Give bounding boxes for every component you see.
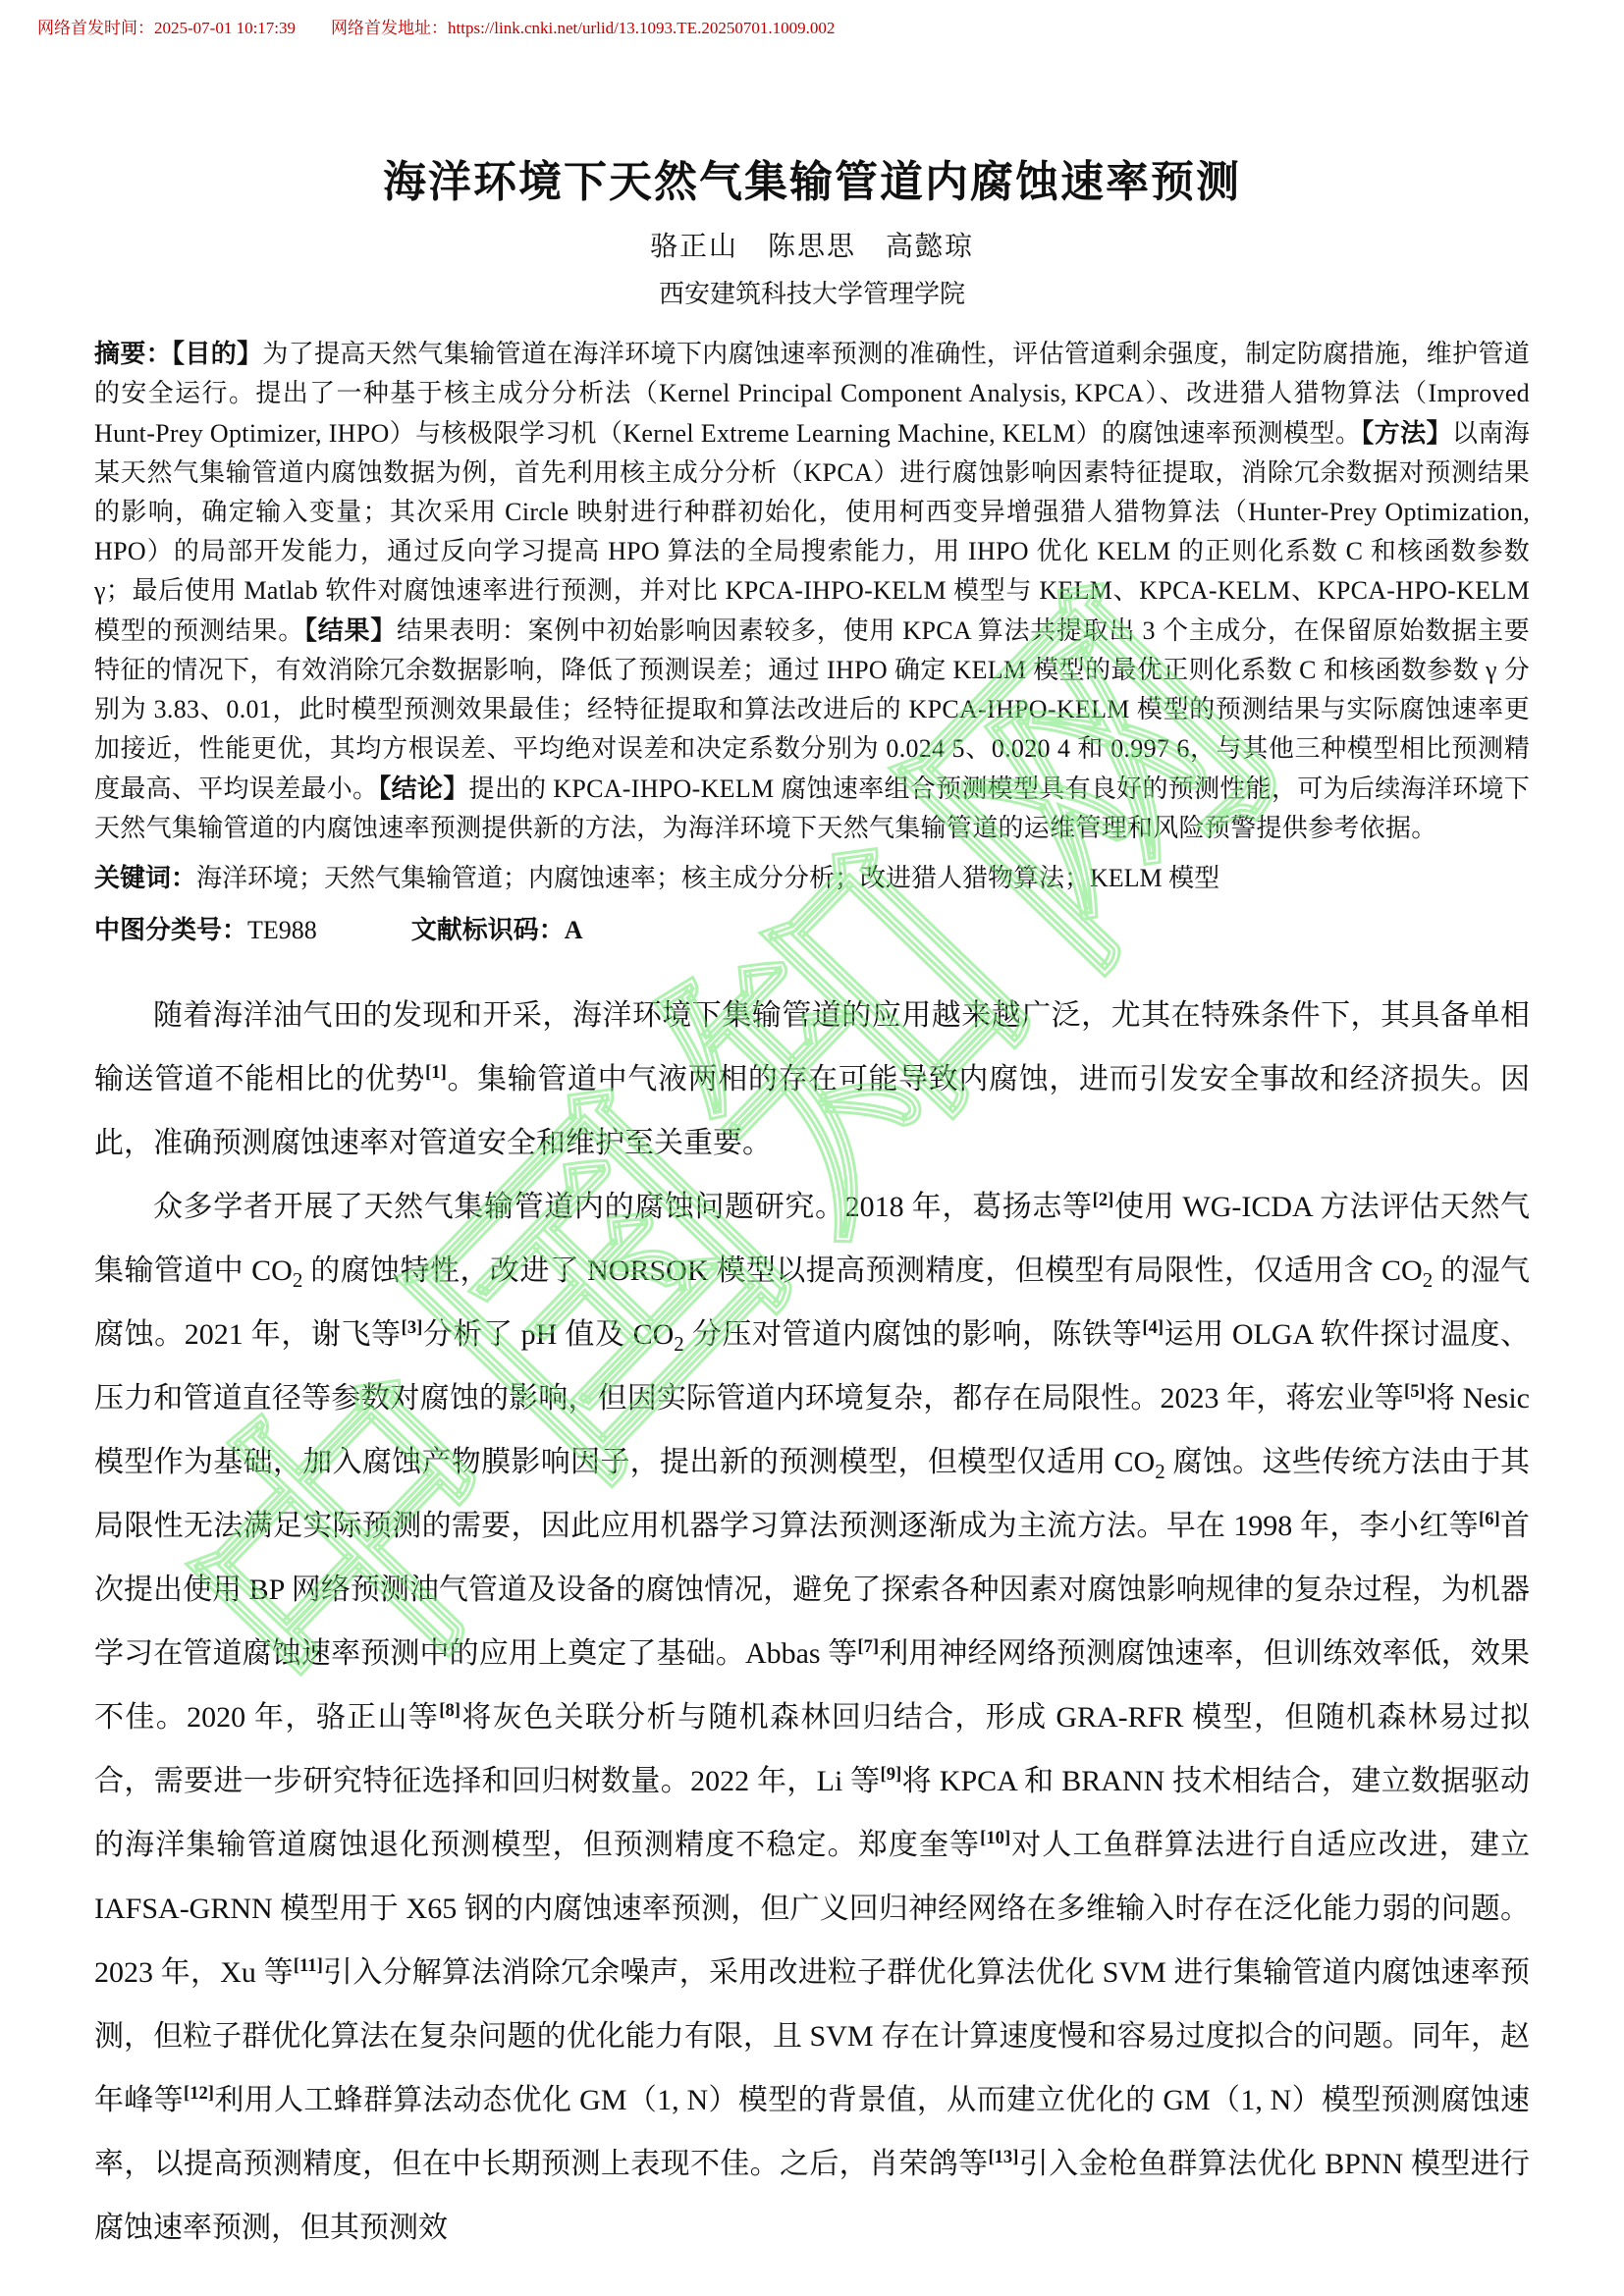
publish-time: 网络首发时间：2025-07-01 10:17:39 xyxy=(37,19,296,37)
paper-page: 网络首发时间：2025-07-01 10:17:39网络首发地址：https:/… xyxy=(0,0,1624,2296)
publish-url-label: 网络首发地址： xyxy=(331,19,448,37)
affiliation-line: 西安建筑科技大学管理学院 xyxy=(0,274,1624,310)
web-first-header: 网络首发时间：2025-07-01 10:17:39网络首发地址：https:/… xyxy=(37,14,870,38)
clc-value: TE988 xyxy=(247,916,317,944)
clc-label: 中图分类号： xyxy=(94,915,247,944)
body-paragraph-literature: 众多学者开展了天然气集输管道内的腐蚀问题研究。2018 年，葛扬志等[2]使用 … xyxy=(94,1175,1530,2260)
authors-line: 骆正山 陈思思 高懿琼 xyxy=(0,225,1624,264)
publish-address: 网络首发地址：https://link.cnki.net/urlid/13.10… xyxy=(331,19,835,37)
article-body: 随着海洋油气田的发现和开采，海洋环境下集输管道的应用越来越广泛，尤其在特殊条件下… xyxy=(94,984,1530,2260)
publish-url-link[interactable]: https://link.cnki.net/urlid/13.1093.TE.2… xyxy=(448,19,835,37)
doc-code-value: A xyxy=(565,916,583,944)
keywords-line: 关键词：海洋环境；天然气集输管道；内腐蚀速率；核主成分分析；改进猎人猎物算法；K… xyxy=(94,858,1530,898)
keywords-label: 关键词： xyxy=(94,863,196,892)
body-paragraph-intro: 随着海洋油气田的发现和开采，海洋环境下集输管道的应用越来越广泛，尤其在特殊条件下… xyxy=(94,984,1530,1175)
publish-time-value: 2025-07-01 10:17:39 xyxy=(154,19,296,37)
classification-line: 中图分类号：TE988文献标识码：A xyxy=(94,910,1530,950)
front-matter: 摘要：【目的】为了提高天然气集输管道在海洋环境下内腐蚀速率预测的准确性，评估管道… xyxy=(94,334,1530,950)
keywords-text: 海洋环境；天然气集输管道；内腐蚀速率；核主成分分析；改进猎人猎物算法；KELM … xyxy=(196,864,1219,892)
doc-code-label: 文献标识码： xyxy=(411,915,565,944)
abstract-paragraph: 摘要：【目的】为了提高天然气集输管道在海洋环境下内腐蚀速率预测的准确性，评估管道… xyxy=(94,334,1530,848)
publish-time-label: 网络首发时间： xyxy=(37,19,154,37)
